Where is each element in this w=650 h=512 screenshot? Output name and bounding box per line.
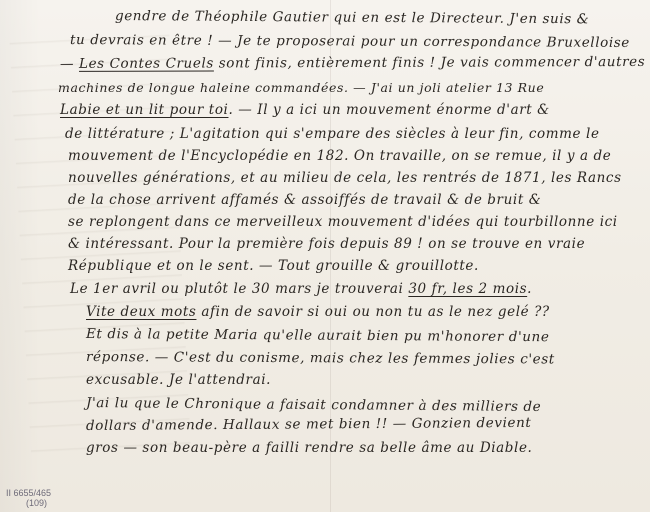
letter-line-2: tu devrais en être ! — Je te proposerai …: [70, 32, 630, 51]
letter-line-19: dollars d'amende. Hallaux se met bien !!…: [86, 415, 532, 434]
letter-line-1: gendre de Théophile Gautier qui en est l…: [115, 8, 589, 27]
letter-line-4: machines de longue haleine commandées. —…: [58, 80, 544, 95]
archive-ref-line1: II 6655/465: [6, 488, 51, 498]
letter-line-12: République et on le sent. — Tout grouill…: [68, 258, 479, 274]
letter-line-7: mouvement de l'Encyclopédie en 182. On t…: [68, 148, 611, 164]
archive-ref-line2: (109): [6, 498, 51, 508]
letter-line-14: Vite deux mots afin de savoir si oui ou …: [86, 304, 550, 320]
letter-line-20: gros — son beau-père a failli rendre sa …: [86, 440, 532, 456]
letter-line-3: — Les Contes Cruels sont finis, entièrem…: [60, 54, 645, 72]
letter-line-6: de littérature ; L'agitation qui s'empar…: [65, 126, 600, 142]
letter-line-11: & intéressant. Pour la première fois dep…: [68, 236, 585, 252]
paper-fold: [330, 0, 331, 512]
archive-reference-number: II 6655/465 (109): [6, 488, 51, 508]
letter-line-15: Et dis à la petite Maria qu'elle aurait …: [86, 326, 550, 345]
letter-line-10: se replongent dans ce merveilleux mouvem…: [68, 214, 618, 230]
letter-line-8: nouvelles générations, et au milieu de c…: [68, 170, 622, 186]
letter-line-13: Le 1er avril ou plutôt le 30 mars je tro…: [70, 281, 532, 297]
letter-line-9: de la chose arrivent affamés & assoiffés…: [68, 192, 541, 208]
letter-page: gendre de Théophile Gautier qui en est l…: [0, 0, 650, 512]
underlined-title: Les Contes Cruels: [79, 55, 214, 71]
letter-line-5: Labie et un lit pour toi. — Il y a ici u…: [60, 102, 550, 118]
letter-line-17: excusable. Je l'attendrai.: [86, 372, 271, 388]
letter-line-16: réponse. — C'est du conisme, mais chez l…: [86, 349, 555, 367]
